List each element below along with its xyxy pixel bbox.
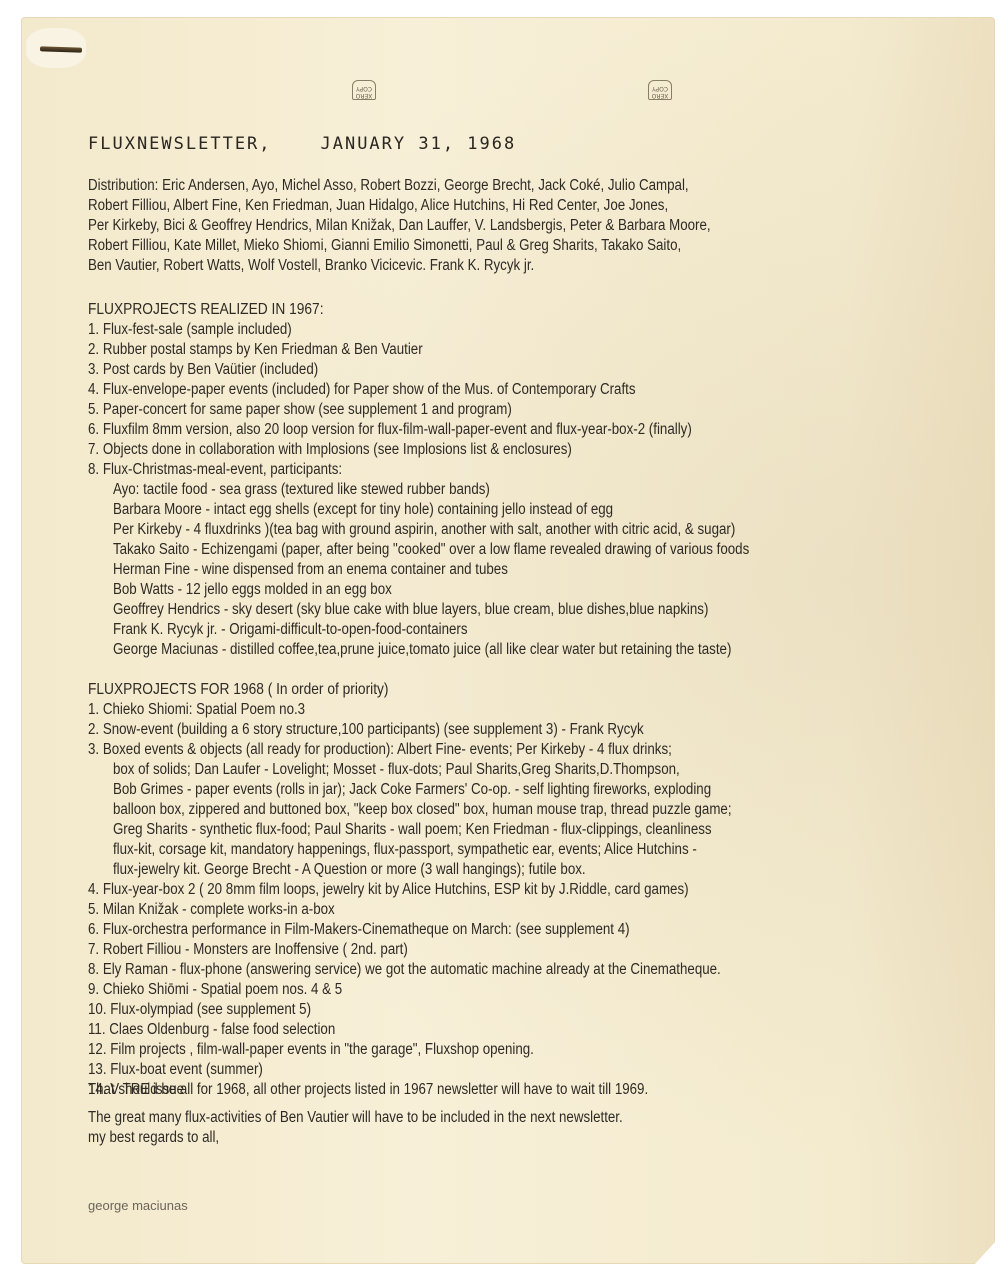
closing-line: The great many flux-activities of Ben Va…: [88, 1108, 1000, 1128]
list-item: 3. Boxed events & objects (all ready for…: [88, 740, 1000, 760]
xero-copy-stamp-icon: XERO COPY: [648, 80, 672, 100]
participant-list: Ayo: tactile food - sea grass (textured …: [88, 480, 1000, 660]
newsletter-header: FLUXNEWSLETTER, JANUARY 31, 1968: [88, 134, 516, 154]
section-heading: FLUXPROJECTS FOR 1968 ( In order of prio…: [88, 680, 1000, 700]
list-item: 5. Milan Knižak - complete works-in a-bo…: [88, 900, 1000, 920]
closing-line: my best regards to all,: [88, 1128, 1000, 1148]
newsletter-title: FLUXNEWSLETTER,: [88, 134, 272, 154]
list-item: 6. Flux-orchestra performance in Film-Ma…: [88, 920, 1000, 940]
continuation-line: Bob Grimes - paper events (rolls in jar)…: [113, 780, 1000, 800]
continuation-line: box of solids; Dan Laufer - Lovelight; M…: [113, 760, 1000, 780]
list-item: 12. Film projects , film-wall-paper even…: [88, 1040, 1000, 1060]
list-item: 8. Ely Raman - flux-phone (answering ser…: [88, 960, 1000, 980]
xero-copy-stamp-icon: XERO COPY: [352, 80, 376, 100]
distribution-line: Ben Vautier, Robert Watts, Wolf Vostell,…: [88, 256, 965, 276]
list-item: 1. Chieko Shiomi: Spatial Poem no.3: [88, 700, 1000, 720]
closing-remarks: That should be all for 1968, all other p…: [88, 1080, 1000, 1148]
distribution-list: Distribution: Eric Andersen, Ayo, Michel…: [88, 176, 965, 276]
participant-item: Bob Watts - 12 jello eggs molded in an e…: [113, 580, 1000, 600]
distribution-line: Robert Filliou, Albert Fine, Ken Friedma…: [88, 196, 965, 216]
list-item: 1. Flux-fest-sale (sample included): [88, 320, 1000, 340]
section-projects-1968: FLUXPROJECTS FOR 1968 ( In order of prio…: [88, 680, 1000, 1100]
list-item: 10. Flux-olympiad (see supplement 5): [88, 1000, 1000, 1020]
list-item: 2. Rubber postal stamps by Ken Friedman …: [88, 340, 1000, 360]
distribution-line: Robert Filliou, Kate Millet, Mieko Shiom…: [88, 236, 965, 256]
participant-item: Geoffrey Hendrics - sky desert (sky blue…: [113, 600, 1000, 620]
participant-item: Barbara Moore - intact egg shells (excep…: [113, 500, 1000, 520]
realized-list: 1. Flux-fest-sale (sample included)2. Ru…: [88, 320, 1000, 480]
signature: george maciunas: [88, 1198, 188, 1213]
participant-item: Frank K. Rycyk jr. - Origami-difficult-t…: [113, 620, 1000, 640]
list-item: 4. Flux-envelope-paper events (included)…: [88, 380, 1000, 400]
stamp-text: XERO COPY: [652, 85, 669, 99]
closing-line: That should be all for 1968, all other p…: [88, 1080, 1000, 1100]
participant-item: Takako Saito - Echizengami (paper, after…: [113, 540, 1000, 560]
participant-item: Ayo: tactile food - sea grass (textured …: [113, 480, 1000, 500]
continuation-line: balloon box, zippered and buttoned box, …: [113, 800, 1000, 820]
section-heading: FLUXPROJECTS REALIZED IN 1967:: [88, 300, 1000, 320]
list-item: 7. Objects done in collaboration with Im…: [88, 440, 1000, 460]
section-realized-1967: FLUXPROJECTS REALIZED IN 1967: 1. Flux-f…: [88, 300, 1000, 660]
newsletter-date: JANUARY 31, 1968: [320, 134, 516, 154]
list-item: 2. Snow-event (building a 6 story struct…: [88, 720, 1000, 740]
list-item: 7. Robert Filliou - Monsters are Inoffen…: [88, 940, 1000, 960]
item3-continuation: box of solids; Dan Laufer - Lovelight; M…: [88, 760, 1000, 880]
list-item: 4. Flux-year-box 2 ( 20 8mm film loops, …: [88, 880, 1000, 900]
distribution-line: Per Kirkeby, Bici & Geoffrey Hendrics, M…: [88, 216, 965, 236]
list-item: 3. Post cards by Ben Vaütier (included): [88, 360, 1000, 380]
list-item: 5. Paper-concert for same paper show (se…: [88, 400, 1000, 420]
list-item: 11. Claes Oldenburg - false food selecti…: [88, 1020, 1000, 1040]
participant-item: Herman Fine - wine dispensed from an ene…: [113, 560, 1000, 580]
list-item: 13. Flux-boat event (summer): [88, 1060, 1000, 1080]
list-item: 6. Fluxfilm 8mm version, also 20 loop ve…: [88, 420, 1000, 440]
continuation-line: Greg Sharits - synthetic flux-food; Paul…: [113, 820, 1000, 840]
bleed-through-text: [470, 157, 474, 174]
list-item: 8. Flux-Christmas-meal-event, participan…: [88, 460, 1000, 480]
participant-item: George Maciunas - distilled coffee,tea,p…: [113, 640, 1000, 660]
projects-list-rest: 4. Flux-year-box 2 ( 20 8mm film loops, …: [88, 880, 1000, 1100]
list-item: 9. Chieko Shiōmi - Spatial poem nos. 4 &…: [88, 980, 1000, 1000]
stamp-text: XERO COPY: [356, 85, 373, 99]
projects-list: 1. Chieko Shiomi: Spatial Poem no.32. Sn…: [88, 700, 1000, 760]
continuation-line: flux-jewelry kit. George Brecht - A Ques…: [113, 860, 1000, 880]
distribution-line: Distribution: Eric Andersen, Ayo, Michel…: [88, 176, 965, 196]
participant-item: Per Kirkeby - 4 fluxdrinks )(tea bag wit…: [113, 520, 1000, 540]
continuation-line: flux-kit, corsage kit, mandatory happeni…: [113, 840, 1000, 860]
